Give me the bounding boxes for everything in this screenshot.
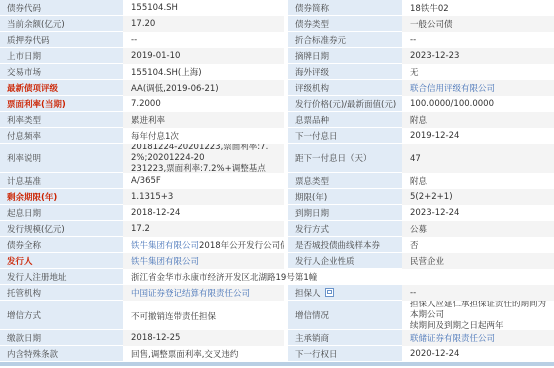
table-row: 发行人注册地址 浙江省金华市永康市经济开发区北湖路19号第1幢 [0,269,554,285]
label-rate-desc: 利率说明 [0,144,123,173]
table-row: 当前余额(亿元) 17.20 债券类型 一般公司债 [0,16,554,32]
value-issue-size: 17.2 [123,221,284,237]
label-bond-abbr: 债券简称 [288,0,402,16]
label-accrual-basis: 计息基准 [0,173,123,189]
label-special-clauses: 内含特殊条款 [0,346,123,362]
value-value-date: 2018-12-24 [123,205,284,221]
table-row: 内含特殊条款 回售,调整票面利率,交叉违约 下一行权日 2020-12-24 [0,346,554,362]
label-coupon-rate: 票面利率(当期) [0,96,123,112]
issuer-link[interactable]: 铁牛集团有限公司 [131,255,199,267]
bond-fullname-rest: 2018年公开发行公司债券(第二期) [199,239,284,251]
table-row: 利率类型 累进利率 息票品种 附息 [0,112,554,128]
label-remaining-term: 剩余期限(年) [0,189,123,205]
label-days-to-next-pay: 距下一付息日（天） [288,144,402,173]
label-maturity-date: 到期日期 [288,205,402,221]
label-next-pay-date: 下一付息日 [288,128,402,144]
label-coupon-type: 票息类型 [288,173,402,189]
value-exchange-market: 155104.SH(上海) [123,64,284,80]
label-coupon-kind: 息票品种 [288,112,402,128]
label-issue-size: 发行规模(亿元) [0,221,123,237]
bond-detail-table: 债券代码 155104.SH 债券简称 18铁牛02 当前余额(亿元) 17.2… [0,0,554,366]
value-next-exercise-date: 2020-12-24 [402,346,554,362]
label-delisting-date: 摘牌日期 [288,48,402,64]
label-custodian: 托管机构 [0,285,123,301]
value-issuer-address: 浙江省金华市永康市经济开发区北湖路19号第1幢 [123,269,554,285]
value-next-pay-date: 2019-12-24 [402,128,554,144]
label-bond-code: 债券代码 [0,0,123,16]
label-exchange-market: 交易市场 [0,64,123,80]
table-row: 发行人 铁牛集团有限公司 发行人企业性质 民营企业 [0,253,554,269]
label-next-exercise-date: 下一行权日 [288,346,402,362]
table-row: 计息基准 A/365F 票息类型 附息 [0,173,554,189]
value-guarantor: -- [402,285,554,301]
value-bond-fullname: 铁牛集团有限公司2018年公开发行公司债券(第二期) [123,237,284,253]
value-accrual-basis: A/365F [123,173,284,189]
value-pledge-code: -- [123,32,284,48]
value-coupon-kind: 附息 [402,112,554,128]
value-issuer-nature: 民营企业 [402,253,554,269]
table-row: 缴款日期 2018-12-25 主承销商 联储证券有限责任公司 [0,330,554,346]
guarantor-detail-icon[interactable] [325,288,334,297]
table-row: 增信方式 不可撤销连带责任担保 增信情况 担保人应建仁承担保证责任的期间为本期公… [0,301,554,330]
label-rating-agency: 评级机构 [288,80,402,96]
value-issue-method: 公募 [402,221,554,237]
value-custodian: 中国证券登记结算有限责任公司 [123,285,284,301]
table-row: 债券代码 155104.SH 债券简称 18铁牛02 [0,0,554,16]
table-row: 利率说明 20181224-20201223,票面利率:7.2%;2020122… [0,144,554,173]
label-credit-detail: 增信情况 [288,301,402,330]
label-issue-method: 发行方式 [288,221,402,237]
label-issuer-nature: 发行人企业性质 [288,253,402,269]
table-row: 发行规模(亿元) 17.2 发行方式 公募 [0,221,554,237]
value-days-to-next-pay: 47 [402,144,554,173]
label-issuer: 发行人 [0,253,123,269]
label-lead-underwriter: 主承销商 [288,330,402,346]
value-issue-price: 100.0000/100.0000 [402,96,554,112]
rating-agency-link[interactable]: 联合信用评级有限公司 [410,82,495,94]
table-row: 最新债项评级 AA(调低,2019-06-21) 评级机构 联合信用评级有限公司 [0,80,554,96]
table-row: 质押券代码 -- 折合标准券元 -- [0,32,554,48]
value-credit-method: 不可撤销连带责任担保 [123,301,284,330]
value-rate-desc: 20181224-20201223,票面利率:7.2%;20201224-20 … [123,144,284,173]
label-payment-date: 缴款日期 [0,330,123,346]
label-listing-date: 上市日期 [0,48,123,64]
value-maturity-date: 2023-12-24 [402,205,554,221]
value-bond-type: 一般公司债 [402,16,554,32]
value-std-conversion: -- [402,32,554,48]
label-latest-rating: 最新债项评级 [0,80,123,96]
label-guarantor: 担保人 [288,285,402,301]
value-current-balance: 17.20 [123,16,284,32]
value-listing-date: 2019-01-10 [123,48,284,64]
value-payment-date: 2018-12-25 [123,330,284,346]
value-coupon-type: 附息 [402,173,554,189]
value-lead-underwriter: 联储证券有限责任公司 [402,330,554,346]
value-delisting-date: 2023-12-23 [402,48,554,64]
value-pay-frequency: 每年付息1次 [123,128,284,144]
value-overseas-rating: 无 [402,64,554,80]
value-special-clauses: 回售,调整票面利率,交叉违约 [123,346,284,362]
label-term: 期限(年) [288,189,402,205]
value-bond-code: 155104.SH [123,0,284,16]
table-row: 票面利率(当期) 7.2000 发行价格(元)/最新面值(元) 100.0000… [0,96,554,112]
value-bond-abbr: 18铁牛02 [402,0,554,16]
value-term: 5(2+2+1) [402,189,554,205]
issuer-link[interactable]: 铁牛集团有限公司 [131,239,199,251]
label-value-date: 起息日期 [0,205,123,221]
lead-underwriter-link[interactable]: 联储证券有限责任公司 [410,332,495,344]
label-bond-type: 债券类型 [288,16,402,32]
label-std-conversion: 折合标准券元 [288,32,402,48]
table-row: 起息日期 2018-12-24 到期日期 2023-12-24 [0,205,554,221]
table-row: 托管机构 中国证券登记结算有限责任公司 担保人 -- [0,285,554,301]
table-bottom-edge [0,362,554,366]
table-row: 债券全称 铁牛集团有限公司2018年公开发行公司债券(第二期) 是否城投债曲线样… [0,237,554,253]
label-bond-fullname: 债券全称 [0,237,123,253]
table-row: 上市日期 2019-01-10 摘牌日期 2023-12-23 [0,48,554,64]
table-row: 交易市场 155104.SH(上海) 海外评级 无 [0,64,554,80]
custodian-link[interactable]: 中国证券登记结算有限责任公司 [131,287,250,299]
label-is-chengtou: 是否城投债曲线样本券 [288,237,402,253]
label-pledge-code: 质押券代码 [0,32,123,48]
label-overseas-rating: 海外评级 [288,64,402,80]
value-latest-rating: AA(调低,2019-06-21) [123,80,284,96]
table-row: 付息频率 每年付息1次 下一付息日 2019-12-24 [0,128,554,144]
label-issuer-address: 发行人注册地址 [0,269,123,285]
value-rate-type: 累进利率 [123,112,284,128]
value-is-chengtou: 否 [402,237,554,253]
label-credit-method: 增信方式 [0,301,123,330]
value-coupon-rate: 7.2000 [123,96,284,112]
label-pay-frequency: 付息频率 [0,128,123,144]
label-issue-price: 发行价格(元)/最新面值(元) [288,96,402,112]
table-row: 剩余期限(年) 1.1315+3 期限(年) 5(2+2+1) [0,189,554,205]
guarantor-label-text: 担保人 [295,287,321,299]
value-remaining-term: 1.1315+3 [123,189,284,205]
value-credit-detail: 担保人应建仁承担保证责任的期间为本期公司 续期间及到期之日起两年 [402,301,554,330]
value-issuer: 铁牛集团有限公司 [123,253,284,269]
label-rate-type: 利率类型 [0,112,123,128]
label-current-balance: 当前余额(亿元) [0,16,123,32]
value-rating-agency: 联合信用评级有限公司 [402,80,554,96]
